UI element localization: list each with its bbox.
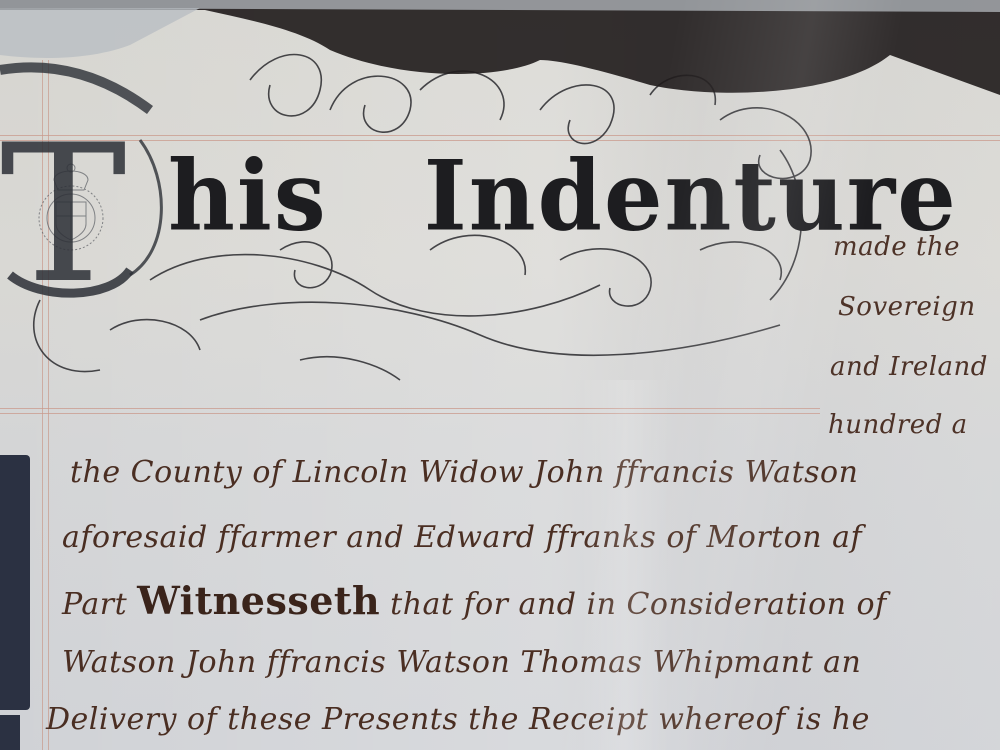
document-heading: his Indenture bbox=[168, 148, 958, 245]
body-line: the County of Lincoln Widow John ffranci… bbox=[70, 455, 858, 490]
seal-ribbon-tab bbox=[0, 715, 20, 750]
seal-ribbon-tab bbox=[0, 455, 30, 710]
heading-word-this: his bbox=[168, 139, 328, 252]
heading-initial: T bbox=[0, 120, 127, 310]
dark-scalloped-border bbox=[0, 0, 1000, 140]
witnesseth-word: Witnesseth bbox=[137, 578, 380, 623]
right-column-line: made the bbox=[833, 232, 960, 262]
right-column-line: and Ireland bbox=[830, 352, 988, 382]
paper-fold-highlight bbox=[580, 380, 670, 750]
right-column-line: hundred a bbox=[828, 410, 968, 440]
right-column-line: Sovereign bbox=[838, 292, 976, 322]
body-line: Part Witnesseth that for and in Consider… bbox=[62, 578, 887, 623]
body-line-part: Part bbox=[62, 587, 137, 622]
body-line: Watson John ffrancis Watson Thomas Whipm… bbox=[62, 645, 861, 680]
red-ruling-line bbox=[0, 413, 820, 414]
body-line: Delivery of these Presents the Receipt w… bbox=[46, 702, 870, 737]
red-ruling-line bbox=[0, 408, 820, 409]
body-line: aforesaid ffarmer and Edward ffranks of … bbox=[62, 520, 862, 555]
